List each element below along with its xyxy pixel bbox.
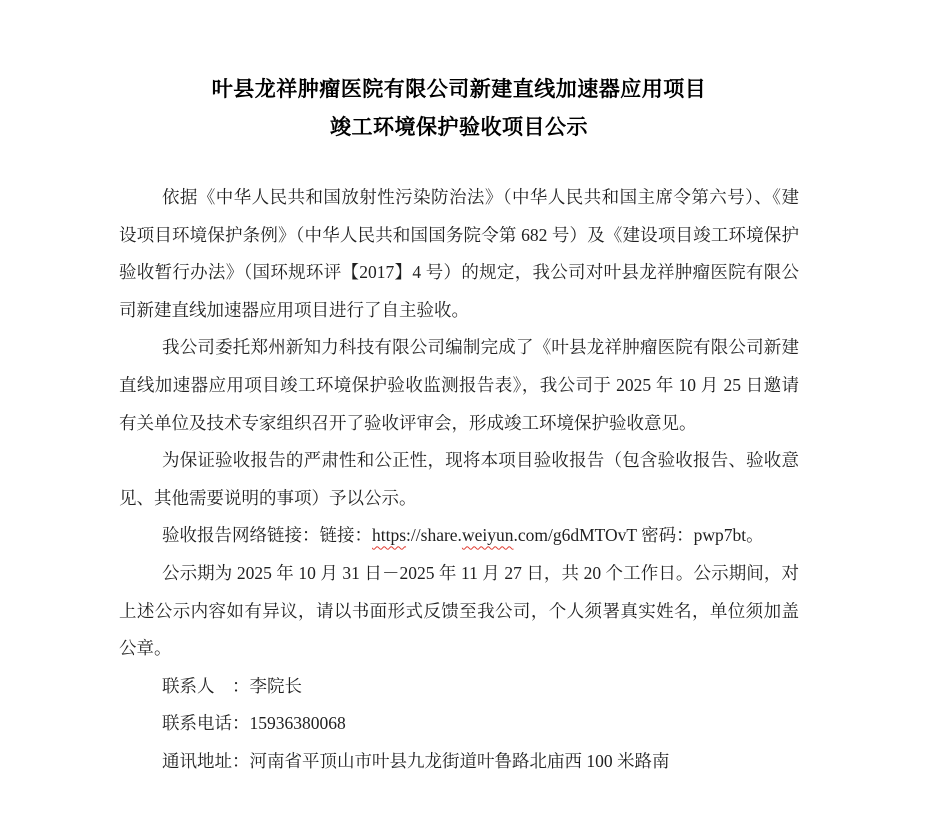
report-url-tail-segment: .com/g6dMTOvT	[513, 525, 636, 545]
paragraph-legal-basis: 依据《中华人民共和国放射性污染防治法》（中华人民共和国主席令第六号）、《建设项目…	[119, 179, 799, 329]
document-page: 叶县龙祥肿瘤医院有限公司新建直线加速器应用项目 竣工环境保护验收项目公示 依据《…	[0, 0, 931, 814]
document-body: 依据《中华人民共和国放射性污染防治法》（中华人民共和国主席令第六号）、《建设项目…	[119, 179, 799, 781]
report-link-label: 验收报告网络链接：链接：	[162, 525, 372, 545]
paragraph-publicity-period: 公示期为 2025 年 10 月 31 日－2025 年 11 月 27 日，共…	[119, 555, 799, 668]
report-url-mid-segment: ://share.	[406, 525, 462, 545]
title-line-2: 竣工环境保护验收项目公示	[119, 108, 799, 146]
title-line-1: 叶县龙祥肿瘤医院有限公司新建直线加速器应用项目	[119, 70, 799, 108]
contact-address-line: 通讯地址：河南省平顶山市叶县九龙街道叶鲁路北庙西 100 米路南	[119, 743, 799, 781]
paragraph-report-link: 验收报告网络链接：链接：https://share.weiyun.com/g6d…	[119, 517, 799, 555]
report-link-password: 密码：pwp7bt。	[637, 525, 764, 545]
report-url-weiyun-segment: weiyun	[462, 525, 514, 545]
contact-address-label: 通讯地址：	[162, 751, 250, 771]
contact-person-label: 联系人 ：	[162, 676, 250, 696]
document-content: 叶县龙祥肿瘤医院有限公司新建直线加速器应用项目 竣工环境保护验收项目公示 依据《…	[119, 0, 799, 781]
contact-person-value: 李院长	[250, 676, 303, 696]
paragraph-commissioned-report: 我公司委托郑州新知力科技有限公司编制完成了《叶县龙祥肿瘤医院有限公司新建直线加速…	[119, 329, 799, 442]
contact-phone-label: 联系电话：	[162, 713, 250, 733]
contact-person-line: 联系人 ：李院长	[119, 668, 799, 706]
contact-phone-line: 联系电话：15936380068	[119, 705, 799, 743]
contact-address-value: 河南省平顶山市叶县九龙街道叶鲁路北庙西 100 米路南	[250, 751, 670, 771]
document-title: 叶县龙祥肿瘤医院有限公司新建直线加速器应用项目 竣工环境保护验收项目公示	[119, 0, 799, 146]
paragraph-publicity-purpose: 为保证验收报告的严肃性和公正性，现将本项目验收报告（包含验收报告、验收意见、其他…	[119, 442, 799, 517]
report-url-https-segment: https	[372, 525, 406, 545]
contact-phone-value: 15936380068	[250, 713, 346, 733]
